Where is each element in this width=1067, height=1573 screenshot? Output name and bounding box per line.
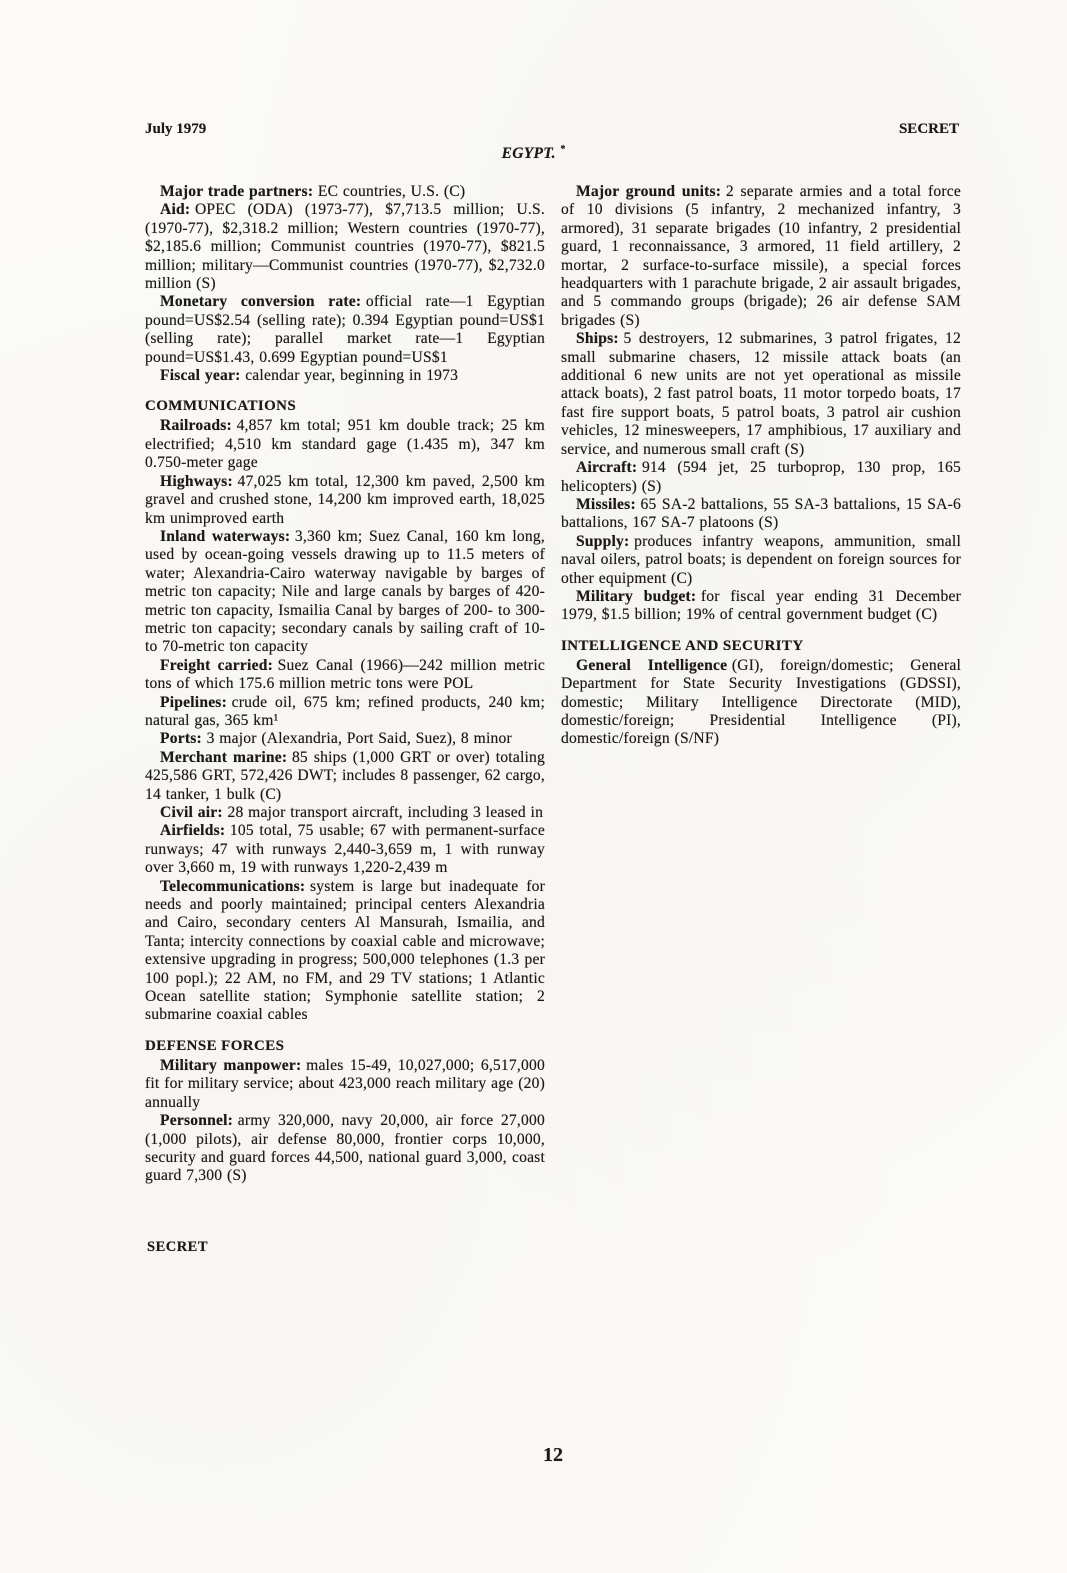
entry-aid: Aid:OPEC (ODA) (1973-77), $7,713.5 milli… xyxy=(145,201,545,293)
title-footnote-marker: * xyxy=(560,144,565,155)
entry-military-budget: Military budget:for fiscal year ending 3… xyxy=(561,588,961,625)
entry-general-intelligence: General Intelligence(GI), foreign/domest… xyxy=(561,657,961,749)
entry-civil-air: Civil air:28 major transport aircraft, i… xyxy=(145,804,545,822)
entry-inland-waterways: Inland waterways:3,360 km; Suez Canal, 1… xyxy=(145,528,545,657)
footer-classification: SECRET xyxy=(147,1239,208,1256)
two-column-body: Major trade partners:EC countries, U.S. … xyxy=(145,183,961,1186)
header-date: July 1979 xyxy=(145,121,206,138)
entry-highways: Highways:47,025 km total, 12,300 km pave… xyxy=(145,473,545,528)
entry-freight-carried: Freight carried:Suez Canal (1966)—242 mi… xyxy=(145,657,545,694)
section-heading-communications: COMMUNICATIONS xyxy=(145,398,545,415)
entry-airfields: Airfields:105 total, 75 usable; 67 with … xyxy=(145,822,545,877)
entry-personnel: Personnel:army 320,000, navy 20,000, air… xyxy=(145,1112,545,1186)
entry-telecommunications: Telecommunications:system is large but i… xyxy=(145,878,545,1025)
page-header: July 1979 SECRET xyxy=(145,121,959,138)
entry-pipelines: Pipelines:crude oil, 675 km; refined pro… xyxy=(145,694,545,731)
page-title: EGYPT. * xyxy=(0,144,1067,163)
entry-military-manpower: Military manpower:males 15-49, 10,027,00… xyxy=(145,1057,545,1112)
entry-supply: Supply:produces infantry weapons, ammuni… xyxy=(561,533,961,588)
entry-aircraft: Aircraft:914 (594 jet, 25 turboprop, 130… xyxy=(561,459,961,496)
section-heading-defense-forces: DEFENSE FORCES xyxy=(145,1038,545,1055)
entry-missiles: Missiles:65 SA-2 battalions, 55 SA-3 bat… xyxy=(561,496,961,533)
entry-major-trade-partners: Major trade partners:EC countries, U.S. … xyxy=(145,183,545,201)
header-classification: SECRET xyxy=(899,121,959,138)
entry-railroads: Railroads:4,857 km total; 951 km double … xyxy=(145,417,545,472)
entry-monetary-conversion-rate: Monetary conversion rate:official rate—1… xyxy=(145,293,545,367)
section-heading-intelligence-and-security: INTELLIGENCE AND SECURITY xyxy=(561,638,961,655)
right-column: Major ground units:2 separate armies and… xyxy=(561,183,961,1186)
entry-fiscal-year: Fiscal year:calendar year, beginning in … xyxy=(145,367,545,385)
page-title-text: EGYPT. xyxy=(502,145,556,162)
entry-ships: Ships:5 destroyers, 12 submarines, 3 pat… xyxy=(561,330,961,459)
document-page: July 1979 SECRET EGYPT. * Major trade pa… xyxy=(0,0,1067,1573)
entry-major-ground-units: Major ground units:2 separate armies and… xyxy=(561,183,961,330)
page-number: 12 xyxy=(145,1444,961,1467)
left-column: Major trade partners:EC countries, U.S. … xyxy=(145,183,545,1186)
entry-ports: Ports:3 major (Alexandria, Port Said, Su… xyxy=(145,730,545,748)
entry-merchant-marine: Merchant marine:85 ships (1,000 GRT or o… xyxy=(145,749,545,804)
